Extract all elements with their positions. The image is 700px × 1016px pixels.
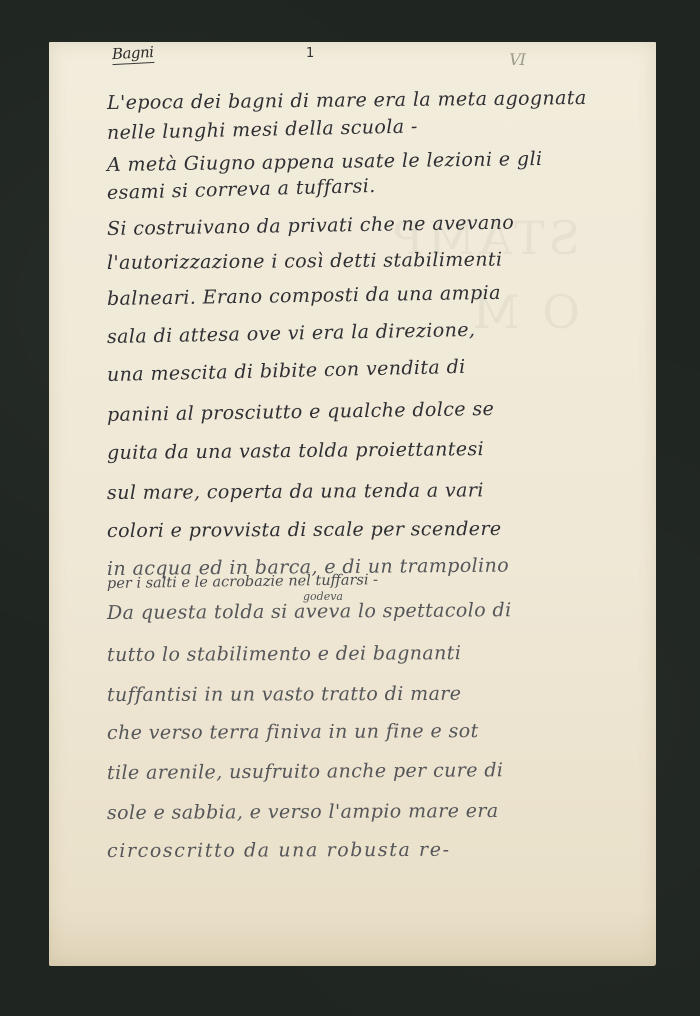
text-line: balneari. Erano composti da una ampia bbox=[107, 282, 501, 310]
page-number: 1 bbox=[306, 46, 314, 61]
text-line: colori e provvista di scale per scendere bbox=[107, 518, 502, 542]
text-line: guita da una vasta tolda proiettantesi bbox=[107, 438, 484, 464]
text-line: Si costruivano da privati che ne avevano bbox=[107, 212, 514, 240]
text-line: l'autorizzazione i così detti stabilimen… bbox=[107, 249, 503, 274]
text-line: panini al prosciutto e qualche dolce se bbox=[107, 398, 494, 426]
text-line: nelle lunghi mesi della scuola - bbox=[107, 115, 418, 144]
manuscript-page: STAMPO M Bagni 1 VI L'epoca dei bagni di… bbox=[49, 42, 656, 966]
page-heading: Bagni bbox=[112, 43, 155, 65]
text-line: sul mare, coperta da una tenda a vari bbox=[107, 479, 484, 504]
text-line: che verso terra finiva in un fine e sot bbox=[107, 720, 479, 744]
folio-mark: VI bbox=[507, 50, 527, 69]
text-line: sala di attesa ove vi era la direzione, bbox=[107, 319, 476, 348]
text-line: tutto lo stabilimento e dei bagnanti bbox=[107, 642, 461, 666]
interlinear-correction: godeva bbox=[303, 590, 343, 603]
text-line: L'epoca dei bagni di mare era la meta ag… bbox=[107, 87, 587, 114]
text-line: A metà Giugno appena usate le lezioni e … bbox=[107, 148, 543, 176]
text-line: tile arenile, usufruito anche per cure d… bbox=[107, 759, 504, 784]
text-line: tuffantisi in un vasto tratto di mare bbox=[107, 683, 461, 706]
text-line: esami si correva a tuffarsi. bbox=[107, 175, 376, 204]
text-line: circoscritto da una robusta re- bbox=[107, 839, 451, 862]
text-line: una mescita di bibite con vendita di bbox=[107, 356, 466, 386]
text-line: sole e sabbia, e verso l'ampio mare era bbox=[107, 800, 499, 824]
